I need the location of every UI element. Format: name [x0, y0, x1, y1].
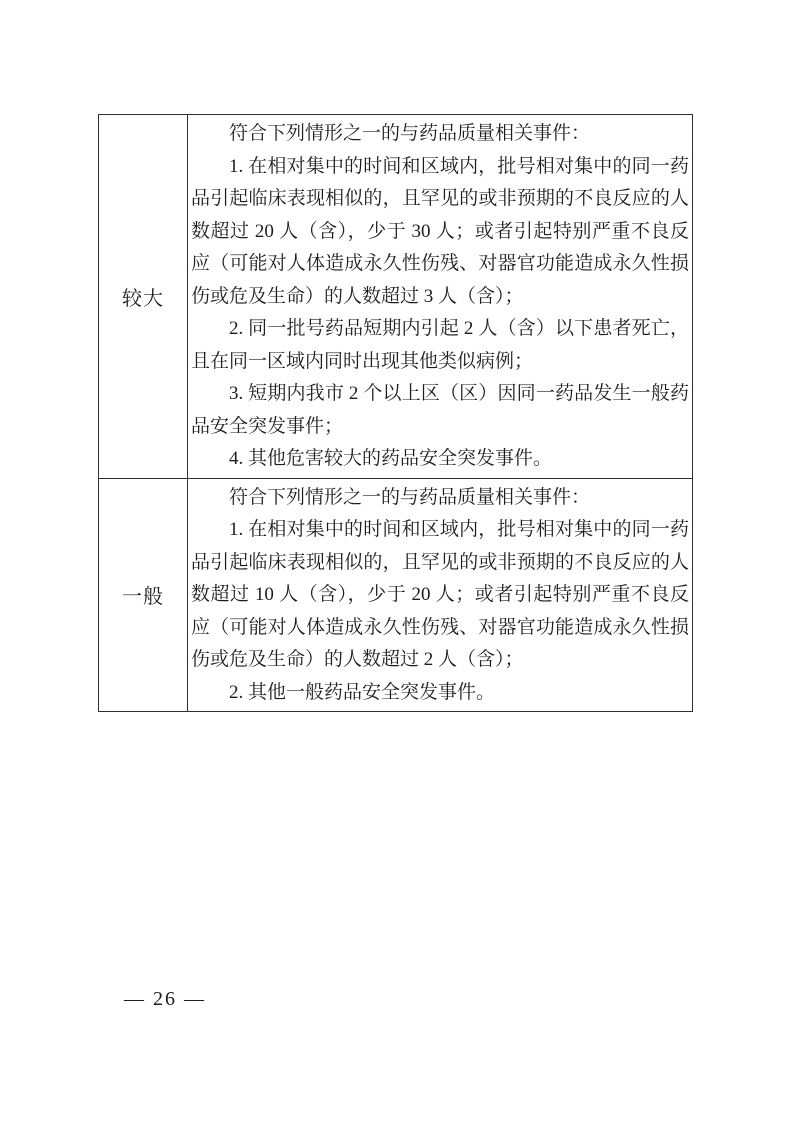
document-page: 较大 符合下列情形之一的与药品质量相关事件： 1. 在相对集中的时间和区域内，批… [0, 0, 793, 1122]
criteria-item-1: 1. 在相对集中的时间和区域内，批号相对集中的同一药品引起临床表现相似的，且罕见… [191, 151, 689, 314]
criteria-item-3: 3. 短期内我市 2 个以上区（区）因同一药品发生一般药品安全突发事件； [191, 378, 689, 443]
table-row-major: 较大 符合下列情形之一的与药品质量相关事件： 1. 在相对集中的时间和区域内，批… [99, 115, 693, 479]
criteria-intro: 符合下列情形之一的与药品质量相关事件： [191, 482, 689, 515]
criteria-cell-general: 符合下列情形之一的与药品质量相关事件： 1. 在相对集中的时间和区域内，批号相对… [188, 478, 693, 712]
criteria-item-2: 2. 同一批号药品短期内引起 2 人（含）以下患者死亡，且在同一区域内同时出现其… [191, 313, 689, 378]
criteria-item-4: 4. 其他危害较大的药品安全突发事件。 [191, 443, 689, 476]
severity-criteria-table: 较大 符合下列情形之一的与药品质量相关事件： 1. 在相对集中的时间和区域内，批… [98, 114, 693, 712]
severity-label-general: 一般 [99, 478, 188, 712]
criteria-item-2: 2. 其他一般药品安全突发事件。 [191, 677, 689, 710]
criteria-cell-major: 符合下列情形之一的与药品质量相关事件： 1. 在相对集中的时间和区域内，批号相对… [188, 115, 693, 479]
severity-label-major: 较大 [99, 115, 188, 479]
criteria-intro: 符合下列情形之一的与药品质量相关事件： [191, 118, 689, 151]
table-row-general: 一般 符合下列情形之一的与药品质量相关事件： 1. 在相对集中的时间和区域内，批… [99, 478, 693, 712]
page-number: — 26 — [124, 988, 206, 1011]
criteria-item-1: 1. 在相对集中的时间和区域内，批号相对集中的同一药品引起临床表现相似的，且罕见… [191, 514, 689, 677]
